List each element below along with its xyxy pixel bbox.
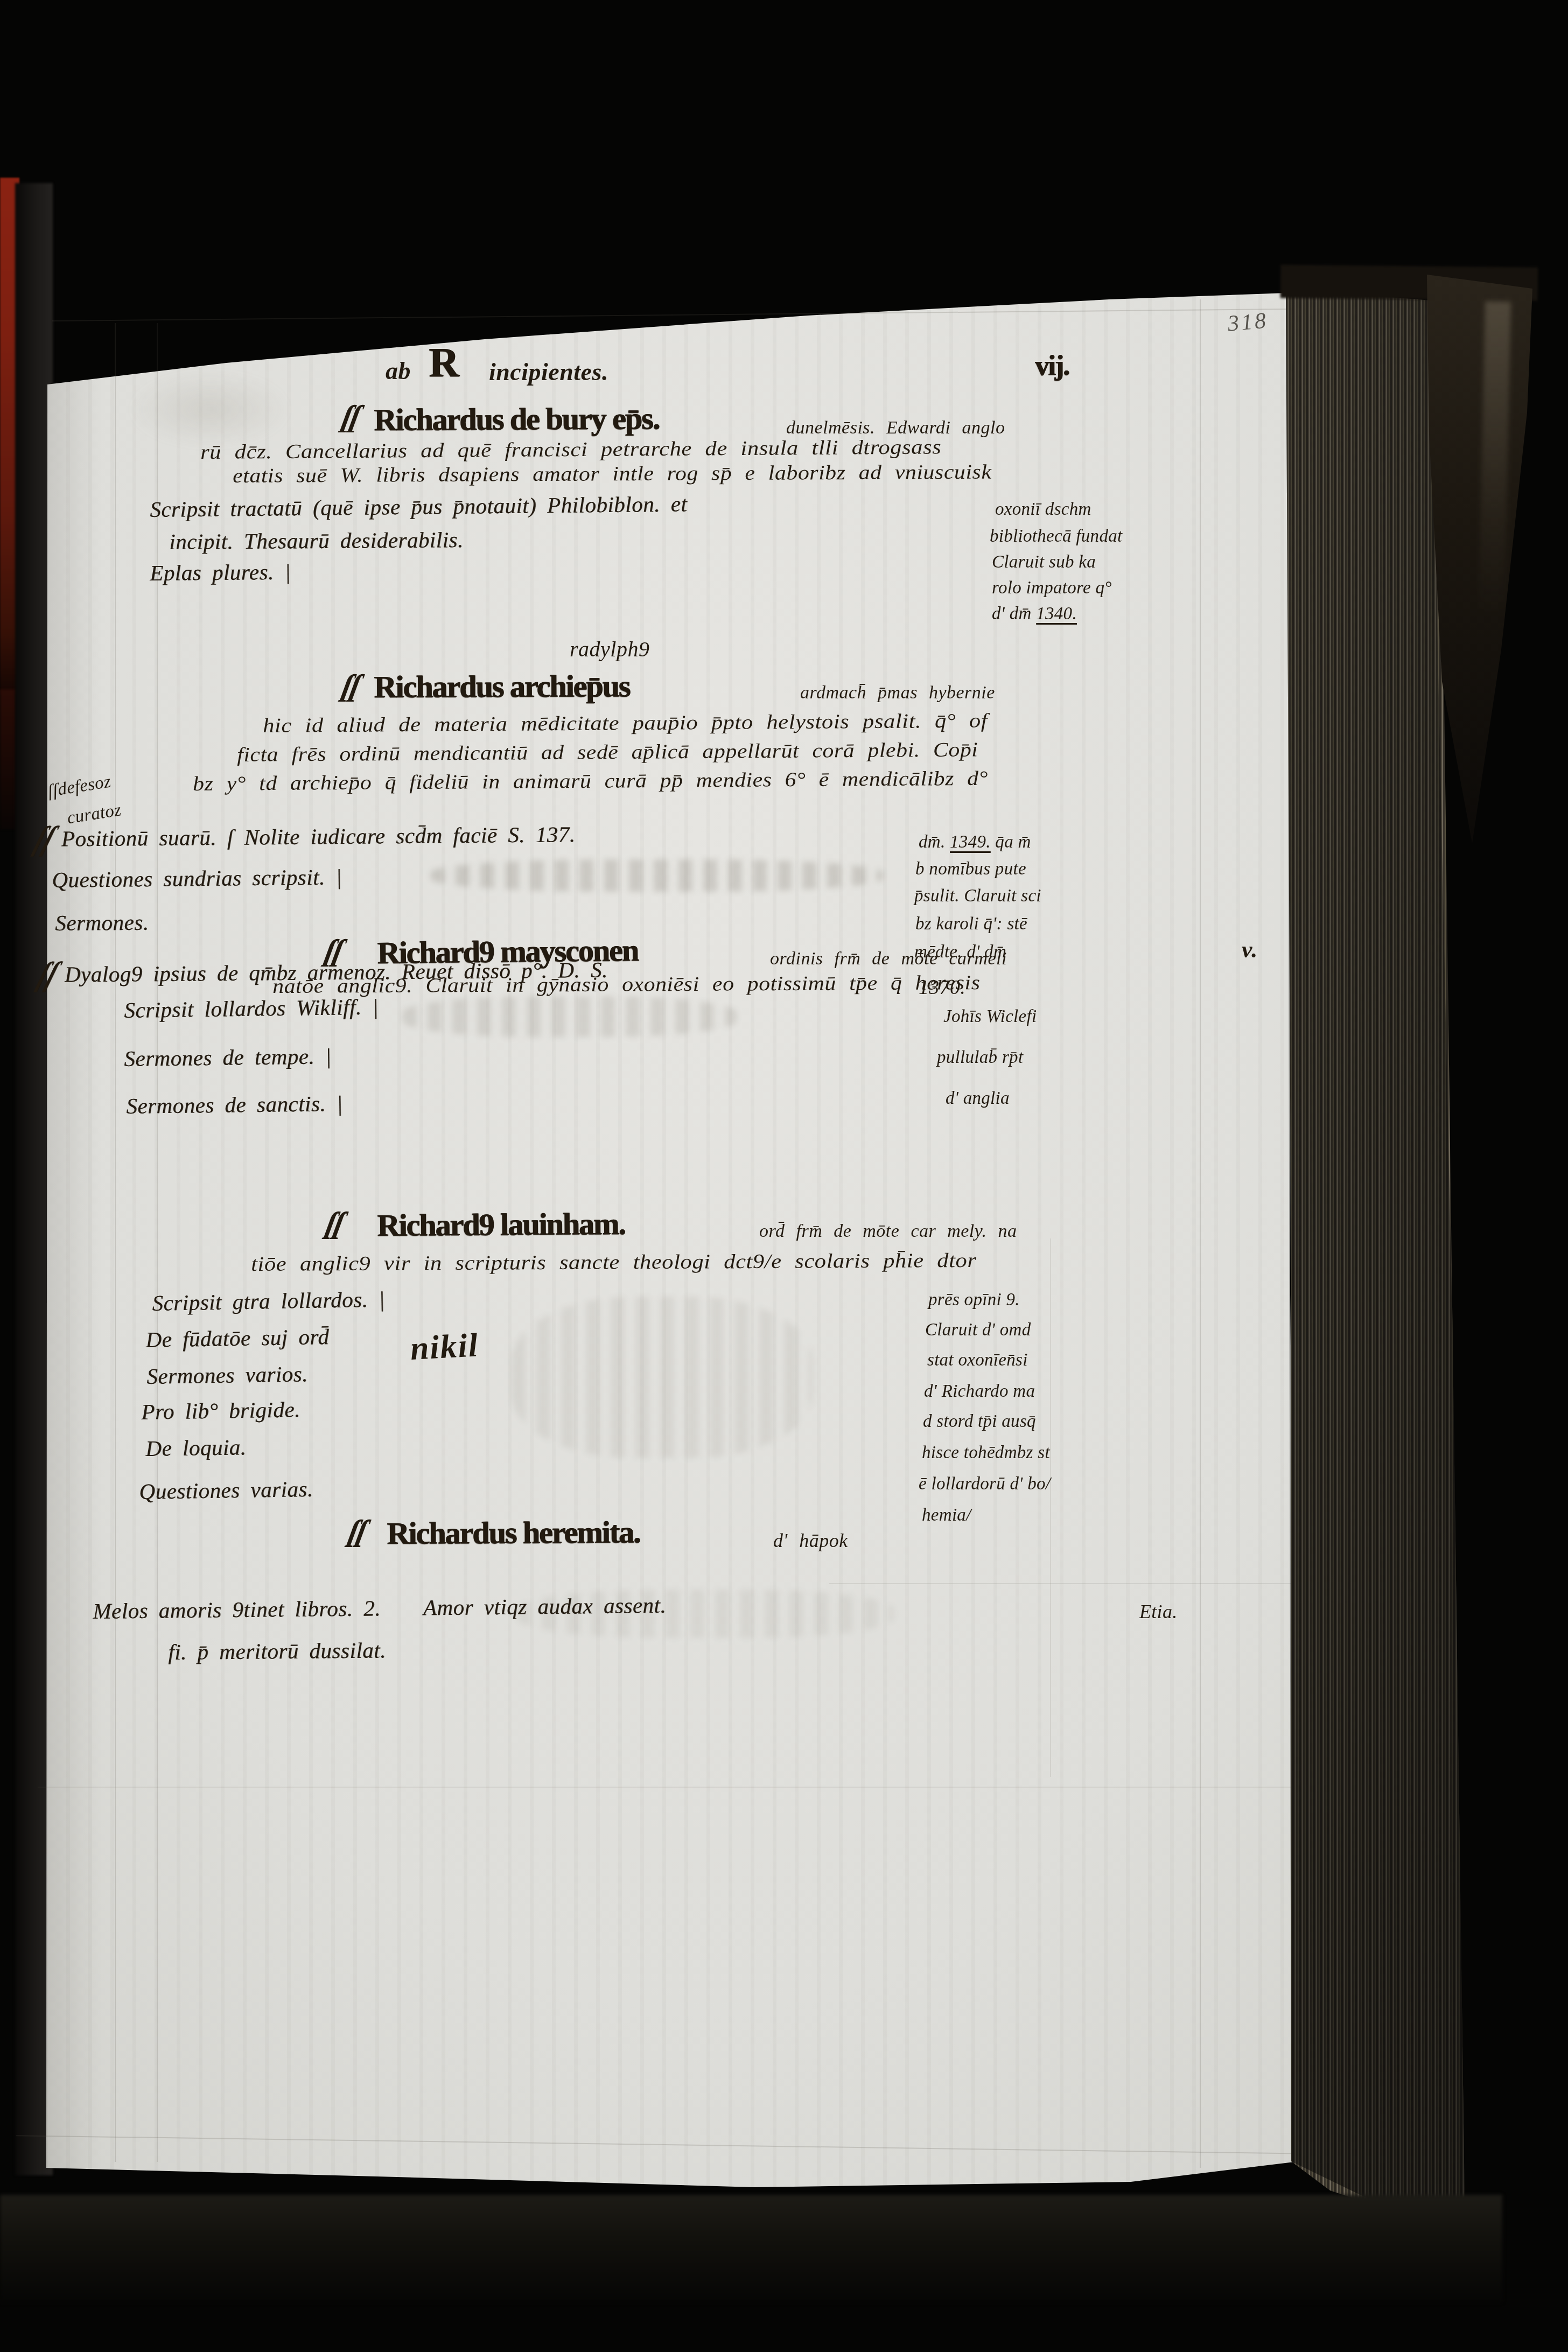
- entry5-heading: Richardus heremita.: [387, 1514, 640, 1551]
- entry3-heading-continuation: ordinis frm̄ de mōte carmeli: [770, 949, 1007, 969]
- entry4-side-note: hisce tohēdmbz st: [922, 1443, 1050, 1463]
- entry4-side-note: ē lollardorū d' bo/: [919, 1474, 1051, 1494]
- entry4-side-note: Claruit d' omd: [925, 1320, 1031, 1340]
- entry4-side-note: d' Richardo ma: [924, 1382, 1035, 1402]
- entry2-side-note-date: dm̄. 1349. q̄a m̄: [919, 832, 1031, 852]
- paragraph-mark: ſſ: [325, 937, 349, 970]
- entry1-side-note: bibliothecā fundat: [990, 527, 1122, 547]
- entry1-side-note: oxoniī dschm: [995, 500, 1091, 520]
- entry4-work: De fūdatōe suj ord̄: [145, 1324, 330, 1353]
- entry5-work-line: fi. p̄ meritorū dussilat.: [168, 1637, 386, 1665]
- entry1-side-note-date: d' dm̄ 1340.: [992, 604, 1077, 624]
- header-page-numeral: vij.: [1035, 350, 1069, 382]
- entry1-work: Scripsit tractatū (quē ipse p̄us p̄notau…: [150, 491, 687, 522]
- header-ab: ab: [386, 356, 411, 385]
- entry2-work: Sermones.: [55, 909, 149, 936]
- entry5-margin-note: Etia.: [1139, 1600, 1178, 1623]
- entry4-flourished-word: nikil: [409, 1326, 480, 1368]
- entry1-work: Eplas plures. |: [150, 559, 291, 586]
- entry3-side-note: d' anglia: [946, 1089, 1010, 1109]
- entry4-heading: Richard9 lauinham.: [377, 1206, 625, 1243]
- entry5-heading-continuation: d' hāpok: [773, 1529, 848, 1552]
- header-initial-R: R: [429, 338, 458, 387]
- entry1-heading: Richardus de bury ep̄s.: [374, 400, 659, 438]
- entry3-side-note: pullulab̄ rp̄t: [937, 1048, 1023, 1068]
- paragraph-mark: ſſ: [349, 1517, 373, 1551]
- entry4-side-note: stat oxonīen̄si: [927, 1350, 1028, 1370]
- entry4-heading-continuation: ord̄ frm̄ de mōte car mely. na: [759, 1221, 1017, 1242]
- entry3-work: Sermones de sanctis. |: [126, 1090, 343, 1119]
- entry1-body-line: rū dc̄z. Cancellarius ad quē francisci p…: [200, 435, 941, 464]
- paragraph-mark: ſſ: [326, 1209, 350, 1243]
- entry1-work: incipit. Thesaurū desiderabilis.: [169, 527, 464, 555]
- entry2-heading-continuation: ardmach̄ p̄mas hybernie: [800, 683, 995, 703]
- entry2-work: ſſPositionū suarū. ſ Nolite iudicare scd…: [37, 819, 576, 852]
- entry4-work: De loquia.: [145, 1434, 247, 1461]
- entry3-work: Sermones de tempe. |: [124, 1043, 332, 1072]
- entry4-work: Questiones varias.: [139, 1476, 313, 1504]
- entry3-heading: Richard9 maysconen: [377, 932, 638, 971]
- manuscript-photo: 318 ab R incipientes. vij. ſſ Richardus …: [0, 0, 1568, 2352]
- entry2-side-note: p̄sulit. Claruit sci: [914, 886, 1041, 906]
- entry4-work: Pro lib° brigide.: [141, 1396, 300, 1425]
- entry2-margin-v-mark: v.: [1242, 936, 1258, 963]
- entry4-side-note: hemia/: [922, 1506, 971, 1525]
- entry4-work: Sermones varios.: [146, 1361, 308, 1389]
- handwritten-text-layer: 318 ab R incipientes. vij. ſſ Richardus …: [0, 0, 1568, 2352]
- entry1-side-note: Claruit sub ka: [992, 552, 1096, 572]
- entry3-side-note: Johīs Wiclefi: [943, 1007, 1037, 1027]
- entry2-work: Questiones sundrias scripsit. |: [52, 864, 342, 893]
- folio-number: 318: [1227, 307, 1269, 337]
- entry2-body-line: bz y° td archiep̄o q̄ fideliū in animarū…: [193, 767, 988, 796]
- paragraph-mark: ſſ: [342, 403, 366, 436]
- entry4-work: Scripsit gtra lollardos. |: [152, 1286, 385, 1316]
- header-title: incipientes.: [489, 358, 608, 386]
- entry2-heading: Richardus archiep̄us: [374, 668, 629, 705]
- entry1-side-note: rolo impatore q°: [992, 578, 1112, 598]
- entry4-side-note: prēs opīni 9.: [928, 1290, 1020, 1310]
- entry5-work-line: Melos amoris 9tinet libros. 2. Amor vtiq…: [93, 1592, 666, 1624]
- entry1-body-line: etatis suē W. libris dsapiens amator int…: [233, 460, 992, 488]
- entry2-side-note: bz karoli q̄': stē: [915, 914, 1027, 934]
- entry2-body-line: hic id aliud de materia mēdicitate paup̄…: [263, 709, 988, 738]
- entry4-side-note: d stord tp̄i ausq̄: [923, 1412, 1036, 1432]
- paragraph-mark: ſſ: [342, 672, 366, 705]
- entry3-work: Scripsit lollardos Wikliff. |: [124, 993, 379, 1023]
- entry2-margin-note: ſſdefesoz: [46, 772, 113, 802]
- entry4-body-line: tiōe anglic9 vir in scripturis sancte th…: [251, 1249, 977, 1276]
- entry2-side-note: b nomībus pute: [915, 859, 1026, 879]
- entry2-body-line: ficta frēs ordinū mendicantiū ad sedē ap…: [237, 738, 978, 767]
- entry2-superscript-name: radylph9: [570, 636, 649, 662]
- entry3-body-line: natōe anglic9. Claruit in gȳnasio oxoniē…: [272, 971, 981, 998]
